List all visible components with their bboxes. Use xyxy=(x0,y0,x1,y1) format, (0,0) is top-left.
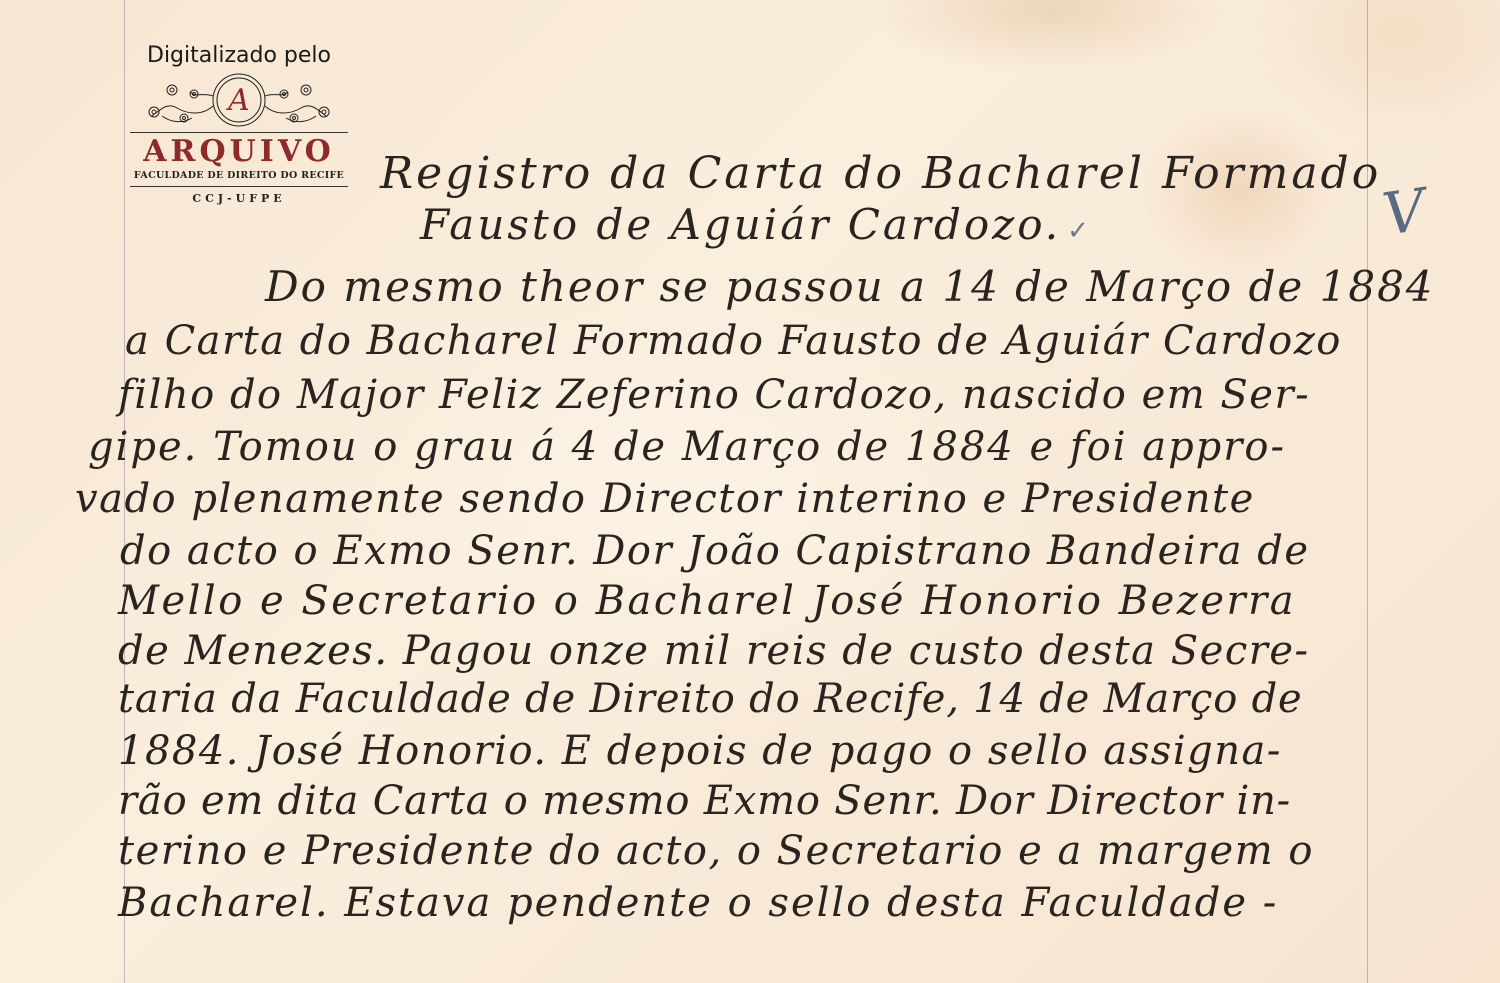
body-line-12: terino e Presidente do acto, o Secretari… xyxy=(118,828,1314,874)
body-line-5: vado plenamente sendo Director interino … xyxy=(75,476,1255,522)
body-line-6: do acto o Exmo Senr. Dor João Capistrano… xyxy=(120,528,1310,574)
check-mark-icon: ✓ xyxy=(1067,216,1092,246)
manuscript-page: Registro da Carta do Bacharel Formado Fa… xyxy=(0,0,1500,983)
heading-line-2-text: Fausto de Aguiár Cardozo. xyxy=(420,200,1061,249)
body-line-11: rão em dita Carta o mesmo Exmo Senr. Dor… xyxy=(118,778,1291,824)
body-line-8: de Menezes. Pagou onze mil reis de custo… xyxy=(118,628,1310,674)
body-line-9: taria da Faculdade de Direito do Recife,… xyxy=(118,676,1302,722)
body-line-4: gipe. Tomou o grau á 4 de Março de 1884 … xyxy=(88,424,1286,470)
heading-line-2: Fausto de Aguiár Cardozo.✓ xyxy=(420,200,1092,249)
body-line-1: Do mesmo theor se passou a 14 de Março d… xyxy=(265,262,1435,311)
body-line-2: a Carta do Bacharel Formado Fausto de Ag… xyxy=(125,318,1342,364)
margin-annotation-v: V xyxy=(1378,175,1429,248)
heading-line-1: Registro da Carta do Bacharel Formado xyxy=(380,148,1381,199)
body-line-13: Bacharel. Estava pendente o sello desta … xyxy=(118,880,1278,926)
body-line-3: filho do Major Feliz Zeferino Cardozo, n… xyxy=(118,372,1310,418)
body-line-7: Mello e Secretario o Bacharel José Honor… xyxy=(118,578,1296,624)
body-line-10: 1884. José Honorio. E depois de pago o s… xyxy=(118,728,1282,774)
